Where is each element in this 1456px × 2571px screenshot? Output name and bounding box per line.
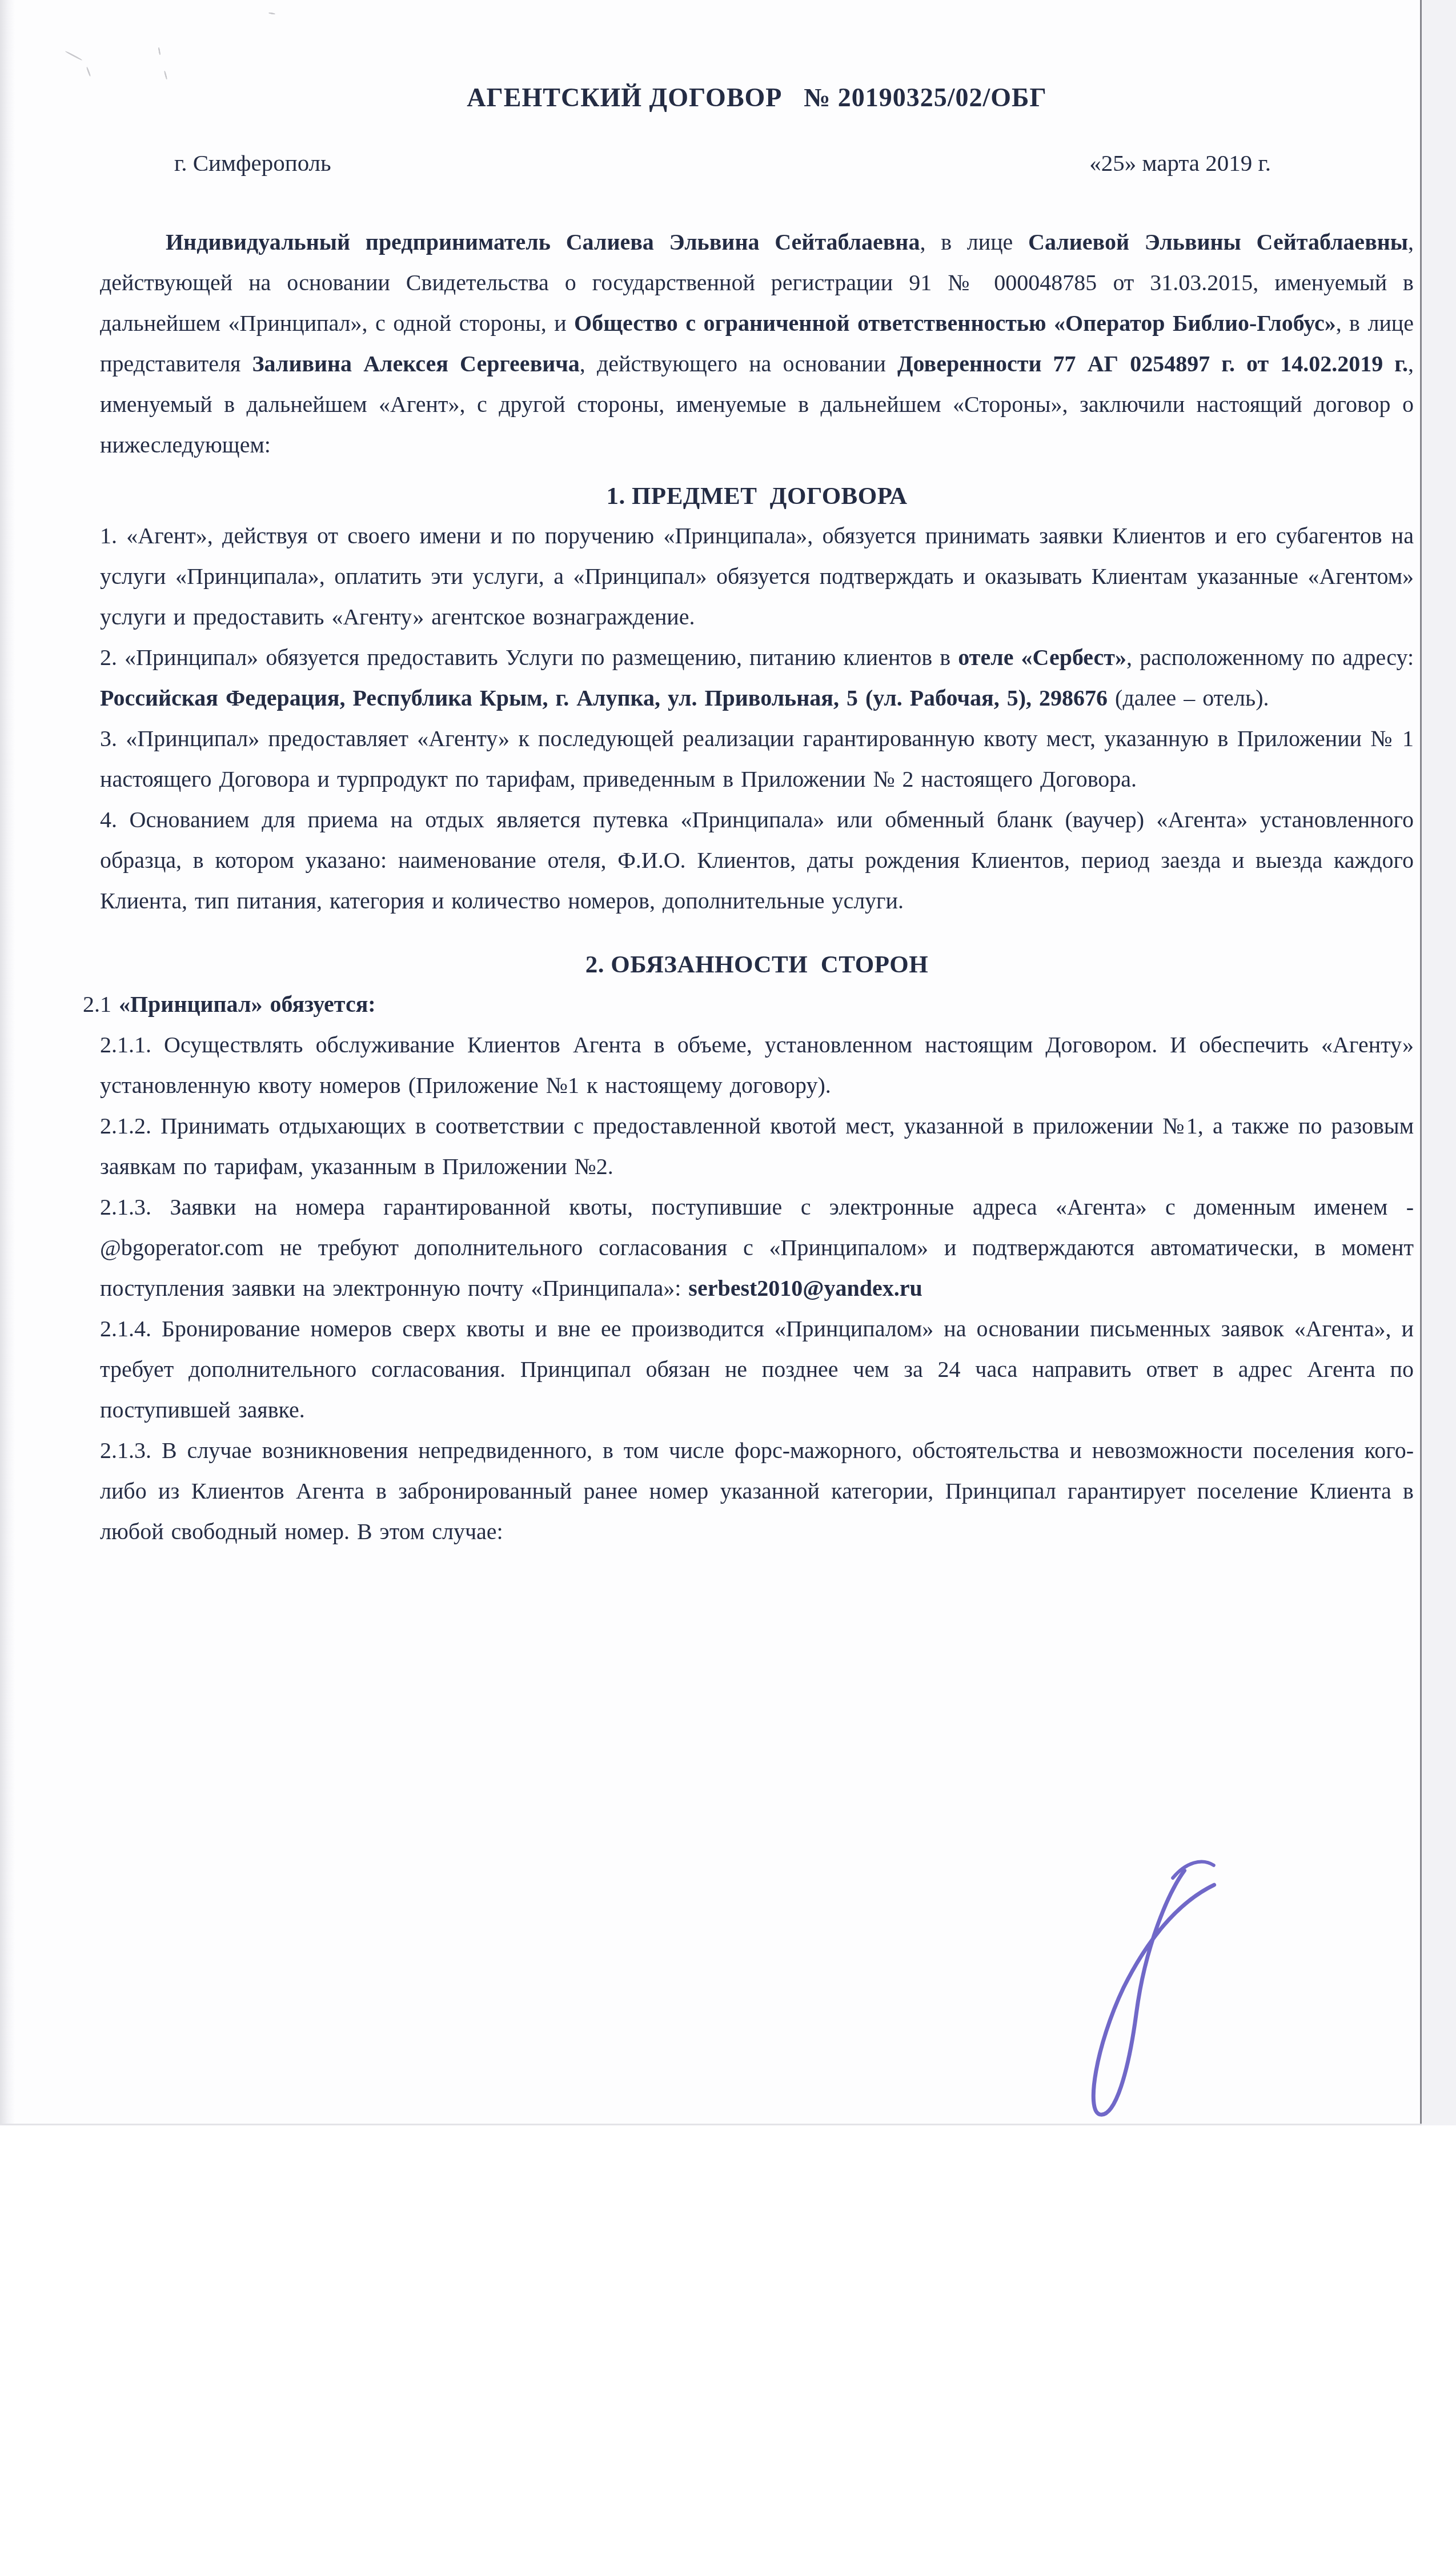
paragraph: 4. Основанием для приема на отдых являет… [100,799,1414,921]
paragraph: 2.1.2. Принимать отдыхающих в соответств… [100,1106,1414,1187]
dateline-date: «25» марта 2019 г. [1089,149,1271,177]
paragraph: 3. «Принципал» предоставляет «Агенту» к … [100,718,1414,799]
paragraph: 2.1.3. В случае возникновения непредвиде… [100,1430,1414,1552]
paragraph: 2. «Принципал» обязуется предоставить Ус… [100,637,1414,718]
dateline: г. Симферополь «25» марта 2019 г. [100,149,1414,177]
scan-edge-bottom [0,2124,1422,2125]
section-heading: 2. ОБЯЗАННОСТИ СТОРОН [100,948,1414,982]
paragraph: 2.1.4. Бронирование номеров сверх квоты … [100,1308,1414,1430]
paragraph: 2.1 «Принципал» обязуется: [83,984,1414,1024]
signature [1036,1848,1260,2140]
paragraphs: Индивидуальный предприниматель Салиева Э… [100,222,1414,1552]
document-page: АГЕНТСКИЙ ДОГОВОР № 20190325/02/ОБГ г. С… [0,0,1456,2571]
contract-content: АГЕНТСКИЙ ДОГОВОР № 20190325/02/ОБГ г. С… [100,80,1414,1552]
section-heading: 1. ПРЕДМЕТ ДОГОВОРА [100,480,1414,513]
paragraph: 2.1.1. Осуществлять обслуживание Клиенто… [100,1024,1414,1106]
paragraph: 2.1.3. Заявки на номера гарантированной … [100,1187,1414,1308]
scan-edge-right-strip [1422,0,1456,2125]
paragraph: Индивидуальный предприниматель Салиева Э… [100,222,1414,465]
scan-edge-right-line [1420,0,1422,2125]
contract-title: АГЕНТСКИЙ ДОГОВОР № 20190325/02/ОБГ [100,80,1414,115]
dateline-place: г. Симферополь [174,149,331,177]
paragraph: 1. «Агент», действуя от своего имени и п… [100,515,1414,637]
scan-edge-left [0,0,15,2125]
